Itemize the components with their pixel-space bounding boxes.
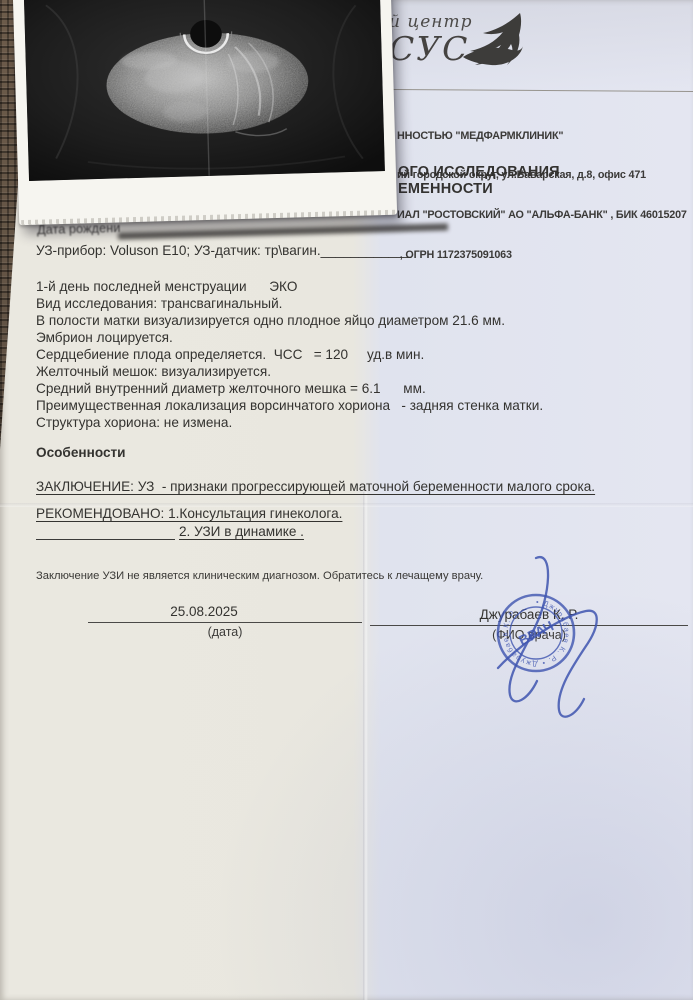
report-body: УЗ-прибор: Voluson E10; УЗ-датчик: тр\ва…: [36, 242, 684, 585]
doctor-name: Джурабаев К. Р.: [370, 607, 688, 626]
report-line: 1-й день последней менструации ЭКО: [36, 278, 684, 295]
document-title-line2: ЕМЕННОСТИ: [398, 181, 560, 198]
document-title-line1: ОГО ИССЛЕДОВАНИЯ: [398, 164, 560, 181]
date-signature-block: 25.08.2025 (дата): [88, 604, 362, 639]
report-line: Вид исследования: трансвагинальный.: [36, 295, 684, 312]
conclusion-line: ЗАКЛЮЧЕНИЕ: УЗ - признаки прогрессирующе…: [36, 478, 684, 495]
ultrasound-scan-image: 25.08.2025 11:51:11: [24, 0, 385, 181]
photo-of-ultrasound-report: { "clinic": { "logo_text_top": "й центр"…: [0, 0, 693, 1000]
report-date-caption: (дата): [88, 625, 362, 639]
clinic-info-line: ННОСТЬЮ "МЕДФАРМКЛИНИК": [397, 130, 693, 143]
doctor-signature-block: Джурабаев К. Р. (ФИО врача): [370, 607, 688, 642]
report-line: Преимущественная локализация ворсинчатог…: [36, 397, 684, 414]
report-line: Желточный мешок: визуализируется.: [36, 363, 684, 380]
features-heading: Особенности: [36, 444, 684, 461]
report-line: Сердцебиение плода определяется. ЧСС = 1…: [36, 346, 684, 363]
recommendation-line-1: РЕКОМЕНДОВАНО: 1.Консультация гинеколога…: [36, 505, 684, 522]
clinic-info-line: ИАЛ "РОСТОВСКИЙ" АО "АЛЬФА-БАНК" , БИК 4…: [397, 209, 693, 222]
doctor-name-caption: (ФИО врача): [370, 628, 688, 642]
device-line: УЗ-прибор: Voluson E10; УЗ-датчик: тр\ва…: [36, 242, 684, 259]
report-line: Структура хориона: не измена.: [36, 414, 684, 431]
report-date-value: 25.08.2025: [88, 604, 362, 623]
ultrasound-photo-print: 25.08.2025 11:51:11: [13, 0, 397, 225]
disclaimer-text: Заключение УЗИ не является клиническим д…: [36, 568, 684, 585]
report-line: Средний внутренний диаметр желточного ме…: [36, 380, 684, 397]
bird-logo-icon: [457, 10, 523, 70]
recommendation-line-2-text: 2. УЗИ в динамике .: [179, 523, 304, 540]
recommendation-line-2: 2. УЗИ в динамике .: [36, 523, 684, 540]
report-line: В полости матки визуализируется одно пло…: [36, 312, 684, 329]
recommendation-blank-line: [36, 525, 175, 540]
report-line: Эмбрион лоцируется.: [36, 329, 684, 346]
document-title: ОГО ИССЛЕДОВАНИЯ ЕМЕННОСТИ: [398, 164, 560, 197]
